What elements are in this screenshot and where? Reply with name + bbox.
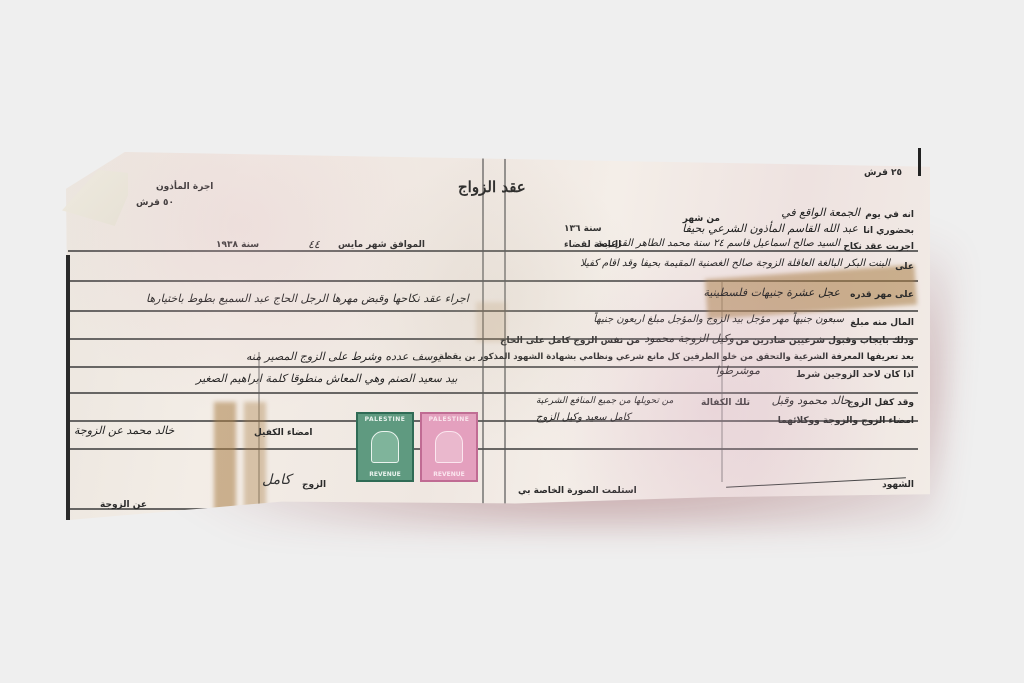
line-printed: اجريت عقد نكاح [843,242,914,252]
gregorian-month-field: الموافق شهر مايس [338,240,425,250]
line-extra: تلك الكفالة [701,398,750,408]
stamp-value: REVENUE [369,471,400,478]
paper-edge [918,148,921,176]
fee-right-line1: اجرة المأذون في محله [818,154,918,164]
revenue-stamp-pink: PALESTINE REVENUE [420,412,478,482]
rule-line [68,366,918,368]
wife-label: عن الزوجة [100,500,147,510]
line-printed: بحضوري انا [863,226,914,236]
line-handwritten: عبد الله القاسم المأذون الشرعي بحيفا [682,222,858,235]
line-printed: وذلك بايجاب وقبول شرعيين صادرين من [736,336,914,346]
line-handwritten: من تحويلها من جميع المنافع الشرعية [536,396,673,406]
guarantor-label: امضاء الكفيل [254,428,313,438]
rule-line [68,448,918,450]
paper-edge [66,255,70,520]
line-handwritten: بيد سعيد الصنم وهي المعاش منطوقا كلمة اب… [196,372,457,385]
line-printed: على [895,262,914,272]
document-title: عقد الزواج [458,178,526,196]
line-printed: على مهر قدره [850,290,914,300]
stamp-portrait-icon [371,431,399,463]
rule-line [68,250,918,252]
fee-left-line2: ٥٠ قرش [136,198,174,208]
stamp-country: PALESTINE [429,416,470,423]
line-printed: المال منه مبلغ [850,318,914,328]
husband-signature: كامل [262,472,291,488]
revenue-stamp-green: PALESTINE REVENUE [356,412,414,482]
tape-stain [244,402,266,512]
line-handwritten: اجراء عقد نكاحها وقبض مهرها الرجل الحاج … [146,292,469,305]
witness-signature [726,477,906,487]
husband-label: الزوج [302,480,326,490]
line-printed: اذا كان لاحد الزوجين شرط [796,370,914,380]
guarantor-signature: خالد محمد عن الزوجة [74,424,174,437]
line-handwritten: يوسف عدده وشرط على الزوج المصير منه [246,350,441,363]
marriage-contract-document: عقد الزواج اجرة المأذون في محله ٢٥ قرش ا… [66,152,930,520]
line-handwritten: عجل عشرة جنيهات فلسطينية [703,286,840,299]
copy-received-label: استلمت الصورة الخاصة بي [518,486,637,496]
gregorian-year-field: سنة ١٩٣٨ [216,240,259,250]
line-handwritten: الجمعة الواقع في [781,206,860,219]
gregorian-day-value: ٤٤ [308,238,320,251]
line-handwritten: كامل سعيد وكيل الزوج [536,412,631,423]
line-printed: امضاء الزوج والزوجة ووكلائهما [778,416,914,426]
line-printed: بعد تعريفها المعرفة الشرعية والتحقق من خ… [439,352,914,362]
fee-left-line1: اجرة المأذون [156,182,213,192]
line-handwritten: البنت البكر البالغة العاقلة الزوجة صالح … [580,258,890,269]
line-handwritten: السيد صالح اسماعيل قاسم ٢٤ سنة محمد الطا… [596,238,840,249]
stamp-portrait-icon [435,431,463,463]
line-handwritten: وكيل الزوجة محمود [644,332,734,345]
line-handwritten: موشرطوا [716,364,760,377]
line-extra: من نفس الزوج كامل على الحاج [500,336,640,346]
line-printed: انه في يوم [865,210,914,220]
tape-stain [214,402,236,512]
stamp-value: REVENUE [433,471,464,478]
witnesses-label: الشهود [882,480,914,490]
hijri-year-field: سنة ١٣٦ [564,224,602,234]
stamp-country: PALESTINE [365,416,406,423]
fee-right-line2: ٢٥ قرش [864,168,902,178]
line-printed: وقد كفل الزوج [847,398,914,408]
line-handwritten: سبعون جنيهاً مهر مؤجل بيد الزوج والمؤجل … [593,314,844,325]
line-handwritten: حالد محمود وقبل [772,394,850,407]
